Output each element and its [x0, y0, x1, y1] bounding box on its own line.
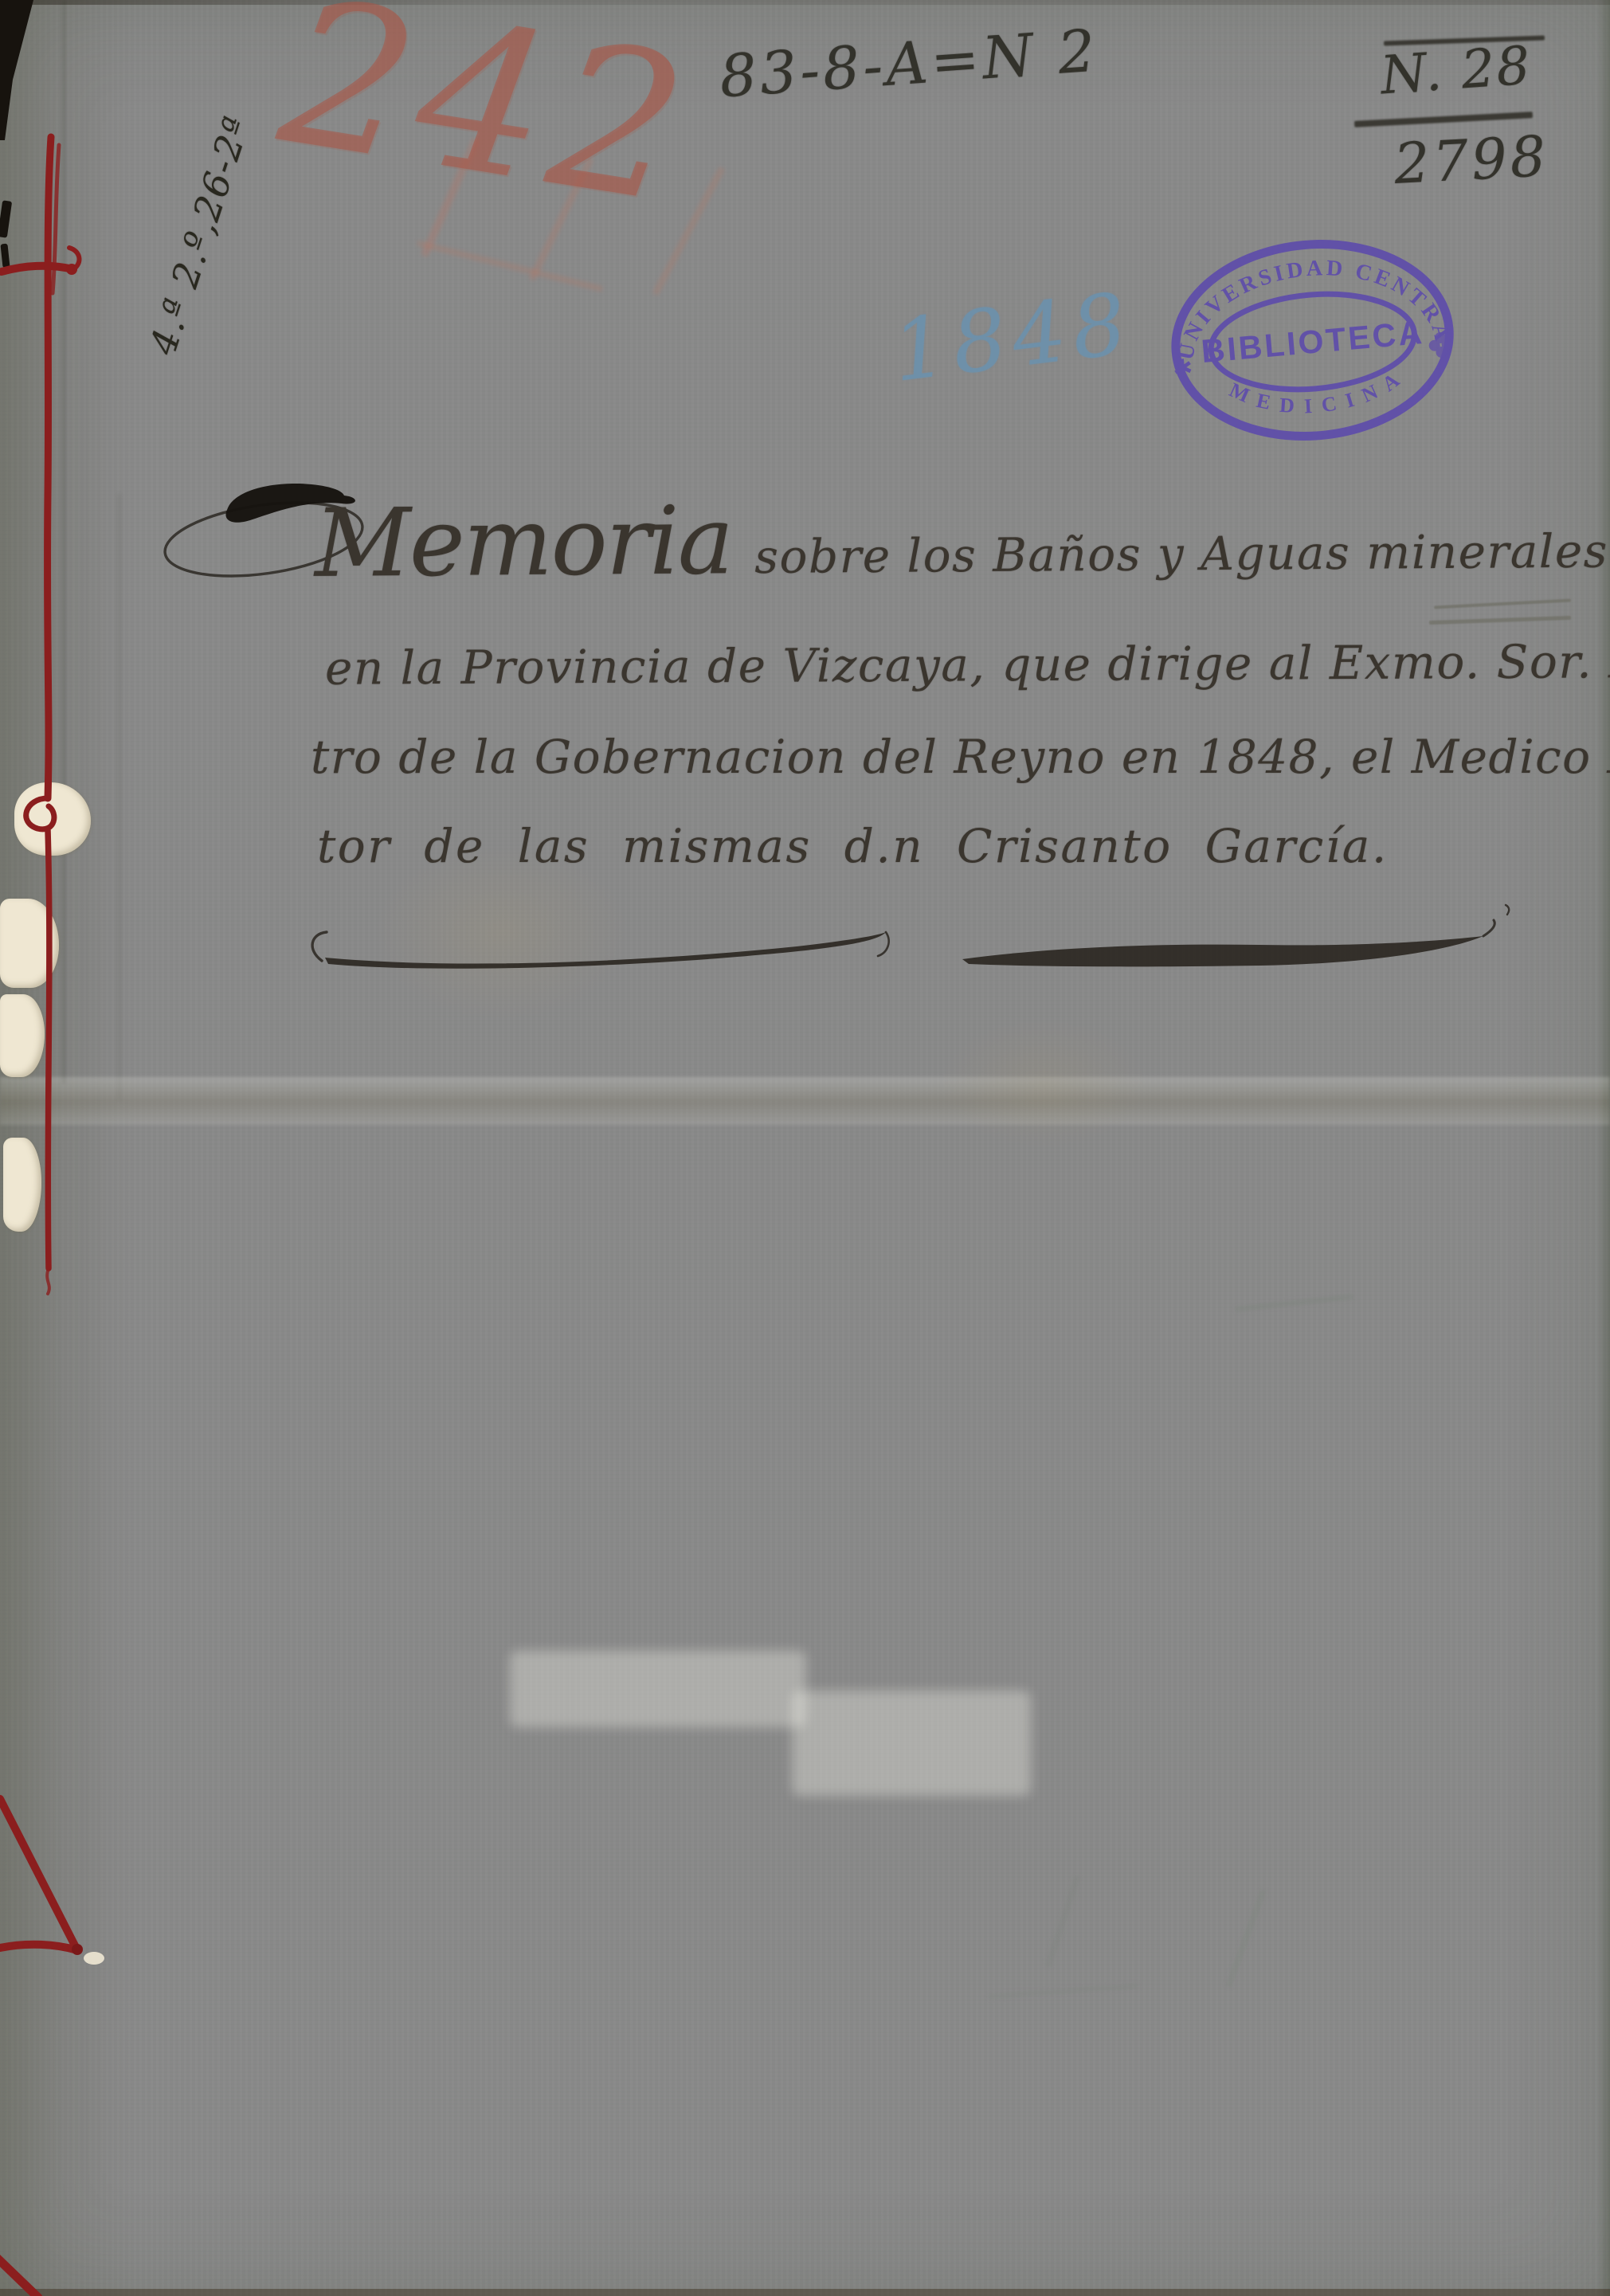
library-stamp: UNIVERSIDAD CENTRAL MEDICINA BIBLIOTECA …	[1147, 214, 1479, 473]
title-line-1-text: sobre los Baños y Aguas minerales de	[754, 523, 1610, 584]
thread-knot	[72, 1944, 83, 1955]
stamp-star-icon: ✱	[1172, 354, 1194, 383]
needle-hole	[84, 1952, 104, 1965]
title-line-4: tor de las mismas d.n Crisanto García.	[317, 819, 1389, 873]
title-line-1: Memoria sobre los Baños y Aguas minerale…	[315, 477, 1610, 598]
registry-number: 2798	[1393, 123, 1550, 197]
thread-knot	[66, 264, 77, 275]
catalog-number: N. 28	[1379, 34, 1534, 106]
title-line-2: en la Provincia de Vizcaya, que dirige a…	[325, 633, 1610, 695]
title-flourish	[287, 900, 1545, 996]
stamp-center-text: BIBLIOTECA	[1200, 314, 1425, 370]
title-line-3: tro de la Gobernacion del Reyno en 1848,…	[311, 730, 1610, 784]
title-initial-word: Memoria	[315, 485, 733, 598]
manuscript-cover-page: 4.ª 2.º,26-2ª 242 83-8-A=N 2 N. 28 2798 …	[0, 0, 1610, 2296]
